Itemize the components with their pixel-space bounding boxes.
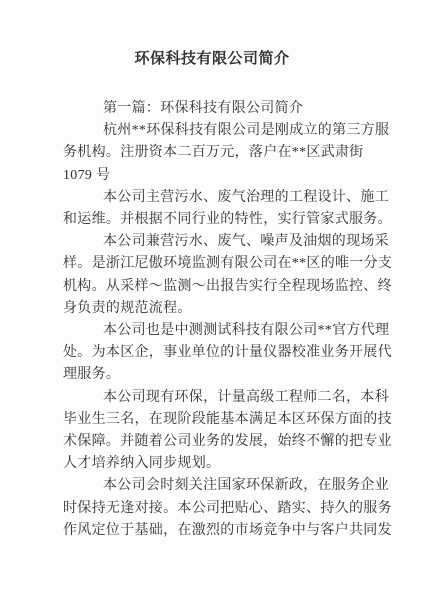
doc-line: 本公司主营污水、废气治理的工程设计、施工 <box>63 187 364 209</box>
doc-line: 第一篇：环保科技有限公司简介 <box>63 98 364 120</box>
doc-line: 本公司会时刻关注国家环保新政，在服务企业 <box>63 475 364 497</box>
document-body: 第一篇：环保科技有限公司简介 杭州**环保科技有限公司是刚成立的第三方服 务机构… <box>63 98 364 542</box>
doc-line: 毕业生三名，在现阶段能基本满足本区环保方面的技 <box>63 409 364 431</box>
doc-line: 本公司也是中测测试科技有限公司**官方代理 <box>63 320 364 342</box>
doc-line: 处。为本区企，事业单位的计量仪器校准业务开展代 <box>63 342 364 364</box>
document-title: 环保科技有限公司简介 <box>0 0 424 70</box>
doc-line: 本公司现有环保，计量高级工程师二名，本科 <box>63 387 364 409</box>
doc-line: 术保障。并随着公司业务的发展，始终不懈的把专业 <box>63 431 364 453</box>
doc-line: 1079 号 <box>63 165 364 187</box>
doc-line: 作风定位于基础，在激烈的市场竞争中与客户共同发 <box>63 520 364 542</box>
document-page: 环保科技有限公司简介 第一篇：环保科技有限公司简介 杭州**环保科技有限公司是刚… <box>0 0 424 600</box>
doc-line: 本公司兼营污水、废气、噪声及油烟的现场采 <box>63 231 364 253</box>
doc-line: 身负责的规范流程。 <box>63 298 364 320</box>
doc-line: 机构。从采样～监测～出报告实行全程现场监控、终 <box>63 276 364 298</box>
doc-line: 务机构。注册资本二百万元，落户在**区武肃街 <box>63 142 364 164</box>
doc-line: 时保持无逢对接。本公司把贴心、踏实、持久的服务 <box>63 498 364 520</box>
doc-line: 理服务。 <box>63 364 364 386</box>
doc-line: 样。是浙江尼傲环境监测有限公司在**区的唯一分支 <box>63 253 364 275</box>
doc-line: 杭州**环保科技有限公司是刚成立的第三方服 <box>63 120 364 142</box>
doc-line: 和运维。并根据不同行业的特性，实行管家式服务。 <box>63 209 364 231</box>
doc-line: 人才培养纳入同步规划。 <box>63 453 364 475</box>
